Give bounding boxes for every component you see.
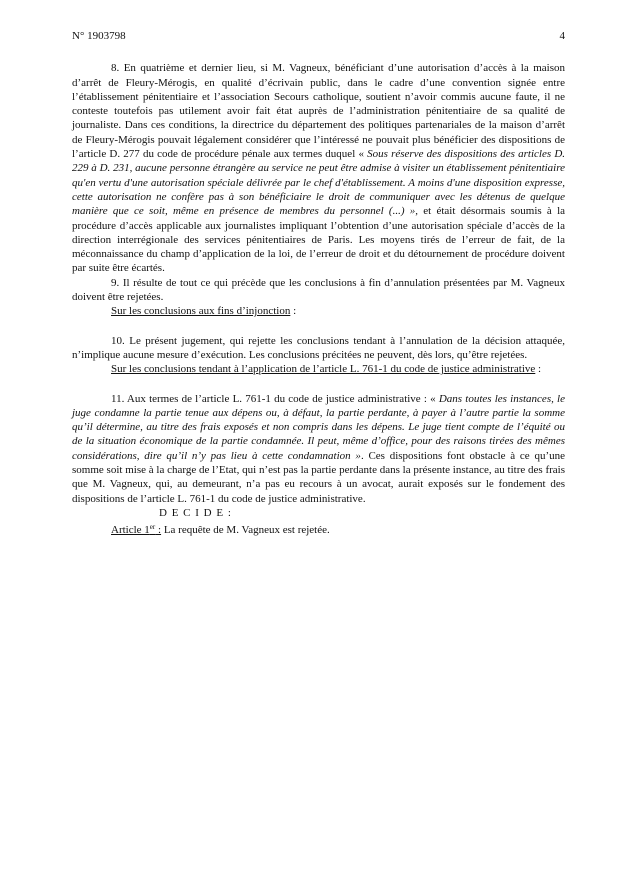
text-segment: : (290, 305, 296, 317)
page-number: 4 (560, 29, 566, 43)
text-segment: Sur les conclusions aux fins d’injonctio… (111, 305, 290, 317)
text-segment: 9. Il résulte de tout ce qui précède que… (72, 277, 565, 303)
paragraph: 10. Le présent jugement, qui rejette les… (72, 334, 565, 363)
decide-heading: D E C I D E : (72, 506, 565, 520)
section-heading: Sur les conclusions aux fins d’injonctio… (72, 304, 565, 318)
text-segment: : (535, 363, 541, 375)
text-segment: Article 1er : (111, 524, 161, 536)
paragraph: 8. En quatrième et dernier lieu, si M. V… (72, 61, 565, 275)
paragraph: 11. Aux termes de l’article L. 761-1 du … (72, 392, 565, 506)
case-number: N° 1903798 (72, 29, 126, 43)
section-heading: Sur les conclusions tendant à l’applicat… (72, 362, 565, 376)
text-segment: Article 1 (111, 524, 150, 536)
text-segment: D E C I D E : (159, 507, 232, 519)
text-segment: 11. Aux termes de l’article L. 761-1 du … (111, 393, 439, 405)
text-segment: 10. Le présent jugement, qui rejette les… (72, 335, 565, 361)
document-page: N° 1903798 4 8. En quatrième et dernier … (0, 0, 625, 884)
text-segment: 8. En quatrième et dernier lieu, si M. V… (72, 62, 565, 160)
text-segment: Sur les conclusions tendant à l’applicat… (111, 363, 535, 375)
article-line: Article 1er : La requête de M. Vagneux e… (72, 520, 565, 537)
document-body: 8. En quatrième et dernier lieu, si M. V… (72, 61, 565, 537)
page-header: N° 1903798 4 (72, 29, 565, 43)
text-segment: La requête de M. Vagneux est rejetée. (161, 524, 330, 536)
paragraph: 9. Il résulte de tout ce qui précède que… (72, 276, 565, 305)
